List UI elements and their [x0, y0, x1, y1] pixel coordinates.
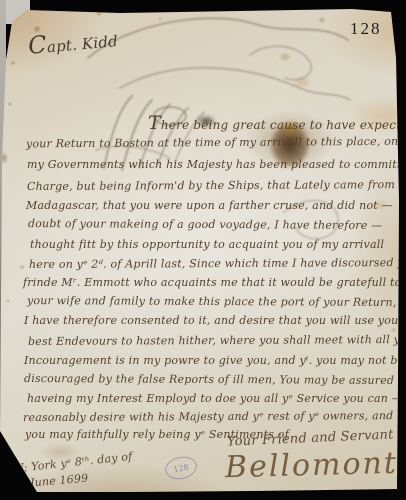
- letter-line: doubt of your makeing of a good voyadge,…: [28, 217, 382, 232]
- letter-line: Madagascar, that you were upon a farther…: [26, 199, 393, 212]
- letter-line: reasonably desire with his Majesty and y…: [23, 409, 406, 424]
- letter-paper: Capt. Kidd 128 There being great cause t…: [0, 0, 406, 500]
- letter-line: your wife and family to make this place …: [27, 294, 397, 309]
- dateline-place: N: York yᵉ 8ᵗʰ. day of: [14, 450, 133, 475]
- manuscript-photo: { "photo": { "page_number": "128", "stam…: [0, 0, 406, 500]
- letter-line: I have therefore consented to it, and de…: [24, 314, 404, 327]
- letter-line: best Endevours to hasten hither, where y…: [28, 333, 406, 348]
- letter-line: Charge, but being Inform'd by the Ships,…: [27, 178, 406, 193]
- letter-line: your Return to Boston at the time of my …: [26, 135, 406, 151]
- stamp-number: 128: [173, 462, 190, 474]
- page-number: 128: [350, 19, 382, 39]
- letter-line: frinde Mʳ. Emmott who acquaints me that …: [23, 276, 402, 289]
- letter-line: my Governments which his Majesty has bee…: [27, 158, 406, 171]
- letter-line: here on yᵉ 2ᵈ. of Aprill last, Since whi…: [29, 256, 406, 271]
- annotation-capt-kidd: Capt. Kidd: [27, 24, 119, 60]
- signature-bellomont: Bellomont: [225, 446, 399, 486]
- archive-oval-stamp: 128: [163, 454, 199, 482]
- letter-line: thought fitt by this opportunity to acqu…: [30, 238, 384, 251]
- letter-line: discouraged by the false Reports of ill …: [24, 372, 406, 387]
- letter-line: haveing my Interest Employd to doe you a…: [27, 392, 403, 405]
- dateline-year: June 1699: [30, 471, 89, 489]
- letter-line: There being great cause to have expected: [148, 112, 406, 134]
- letter-line: Incouragement is in my powre to give you…: [24, 354, 404, 367]
